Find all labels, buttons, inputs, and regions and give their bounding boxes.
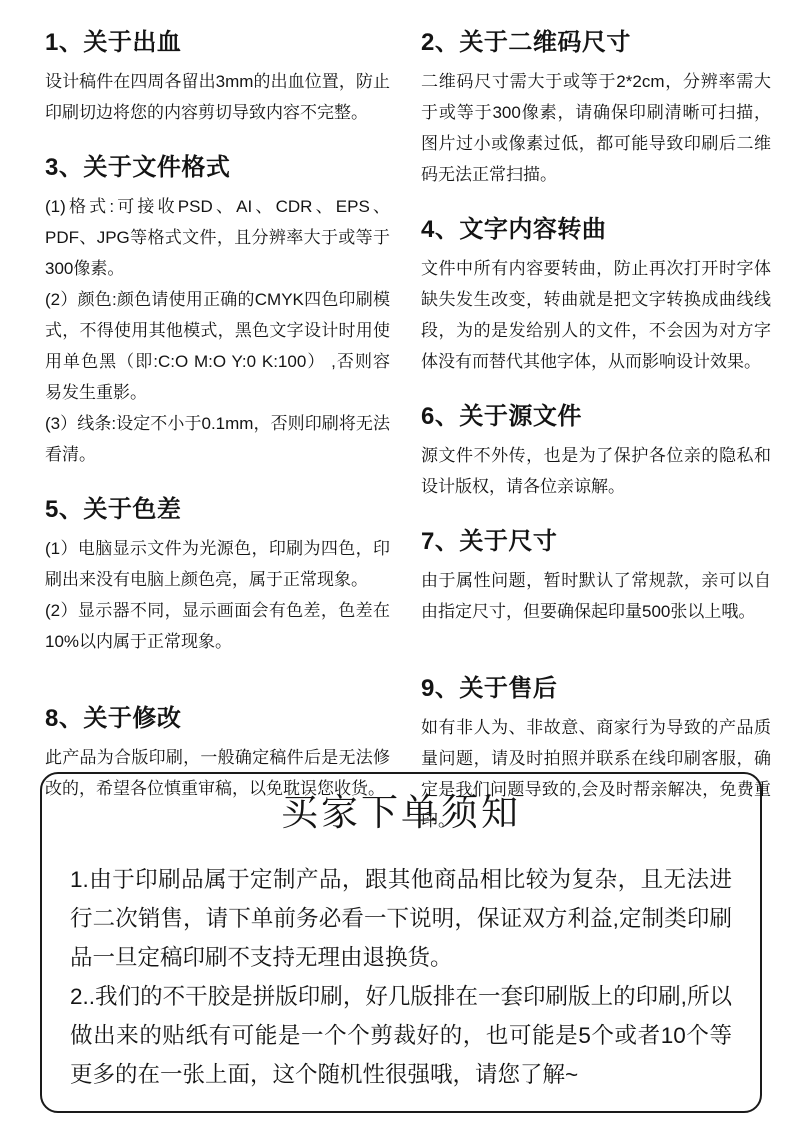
section-size-title: 7、关于尺寸 xyxy=(421,527,771,557)
section-qrcode-size-paragraph: 二维码尺寸需大于或等于2*2cm，分辨率需大于或等于300像素，请确保印刷清晰可… xyxy=(421,66,771,190)
section-file-format-title: 3、关于文件格式 xyxy=(45,153,390,183)
section-file-format-item-3: (3）线条:设定不小于0.1mm，否则印刷将无法看清。 xyxy=(45,408,390,470)
section-qrcode-size: 2、关于二维码尺寸 二维码尺寸需大于或等于2*2cm，分辨率需大于或等于300像… xyxy=(421,28,771,190)
buyer-notice-title: 买家下单须知 xyxy=(70,790,732,836)
right-column: 2、关于二维码尺寸 二维码尺寸需大于或等于2*2cm，分辨率需大于或等于300像… xyxy=(421,28,771,861)
section-color-difference-item-2: (2）显示器不同，显示画面会有色差，色差在10%以内属于正常现象。 xyxy=(45,595,390,657)
section-color-difference: 5、关于色差 (1）电脑显示文件为光源色，印刷为四色，印刷出来没有电脑上颜色亮，… xyxy=(45,495,390,657)
section-file-format-item-2: (2）颜色:颜色请使用正确的CMYK四色印刷模式，不得使用其他模式，黑色文字设计… xyxy=(45,284,390,408)
section-color-difference-title: 5、关于色差 xyxy=(45,495,390,525)
section-size: 7、关于尺寸 由于属性问题，暂时默认了常规款，亲可以自由指定尺寸，但要确保起印量… xyxy=(421,527,771,627)
section-source-file: 6、关于源文件 源文件不外传，也是为了保护各位亲的隐私和设计版权，请各位亲谅解。 xyxy=(421,402,771,502)
section-source-file-paragraph: 源文件不外传，也是为了保护各位亲的隐私和设计版权，请各位亲谅解。 xyxy=(421,440,771,502)
section-text-outline-paragraph: 文件中所有内容要转曲，防止再次打开时字体缺失发生改变，转曲就是把文字转换成曲线线… xyxy=(421,253,771,377)
print-instructions-document: 1、关于出血 设计稿件在四周各留出3mm的出血位置，防止印刷切边将您的内容剪切导… xyxy=(45,28,771,861)
section-qrcode-size-title: 2、关于二维码尺寸 xyxy=(421,28,771,58)
section-text-outline: 4、文字内容转曲 文件中所有内容要转曲，防止再次打开时字体缺失发生改变，转曲就是… xyxy=(421,215,771,377)
section-text-outline-title: 4、文字内容转曲 xyxy=(421,215,771,245)
section-file-format-item-1: (1)格式:可接收PSD、AI、CDR、EPS、PDF、JPG等格式文件，且分辨… xyxy=(45,191,390,284)
section-color-difference-item-1: (1）电脑显示文件为光源色，印刷为四色，印刷出来没有电脑上颜色亮，属于正常现象。 xyxy=(45,533,390,595)
buyer-notice-box: 买家下单须知 1.由于印刷品属于定制产品，跟其他商品相比较为复杂，且无法进行二次… xyxy=(40,772,762,1113)
section-file-format: 3、关于文件格式 (1)格式:可接收PSD、AI、CDR、EPS、PDF、JPG… xyxy=(45,153,390,470)
section-bleed: 1、关于出血 设计稿件在四周各留出3mm的出血位置，防止印刷切边将您的内容剪切导… xyxy=(45,28,390,128)
section-modification-title: 8、关于修改 xyxy=(45,704,390,734)
section-size-paragraph: 由于属性问题，暂时默认了常规款，亲可以自由指定尺寸，但要确保起印量500张以上哦… xyxy=(421,565,771,627)
buyer-notice-paragraph-2: 2..我们的不干胶是拼版印刷，好几版排在一套印刷版上的印刷,所以做出来的贴纸有可… xyxy=(70,977,732,1094)
buyer-notice-paragraph-1: 1.由于印刷品属于定制产品，跟其他商品相比较为复杂，且无法进行二次销售，请下单前… xyxy=(70,860,732,977)
section-after-sales-title: 9、关于售后 xyxy=(421,674,771,704)
left-column: 1、关于出血 设计稿件在四周各留出3mm的出血位置，防止印刷切边将您的内容剪切导… xyxy=(45,28,390,861)
section-source-file-title: 6、关于源文件 xyxy=(421,402,771,432)
section-bleed-title: 1、关于出血 xyxy=(45,28,390,58)
section-bleed-paragraph: 设计稿件在四周各留出3mm的出血位置，防止印刷切边将您的内容剪切导致内容不完整。 xyxy=(45,66,390,128)
